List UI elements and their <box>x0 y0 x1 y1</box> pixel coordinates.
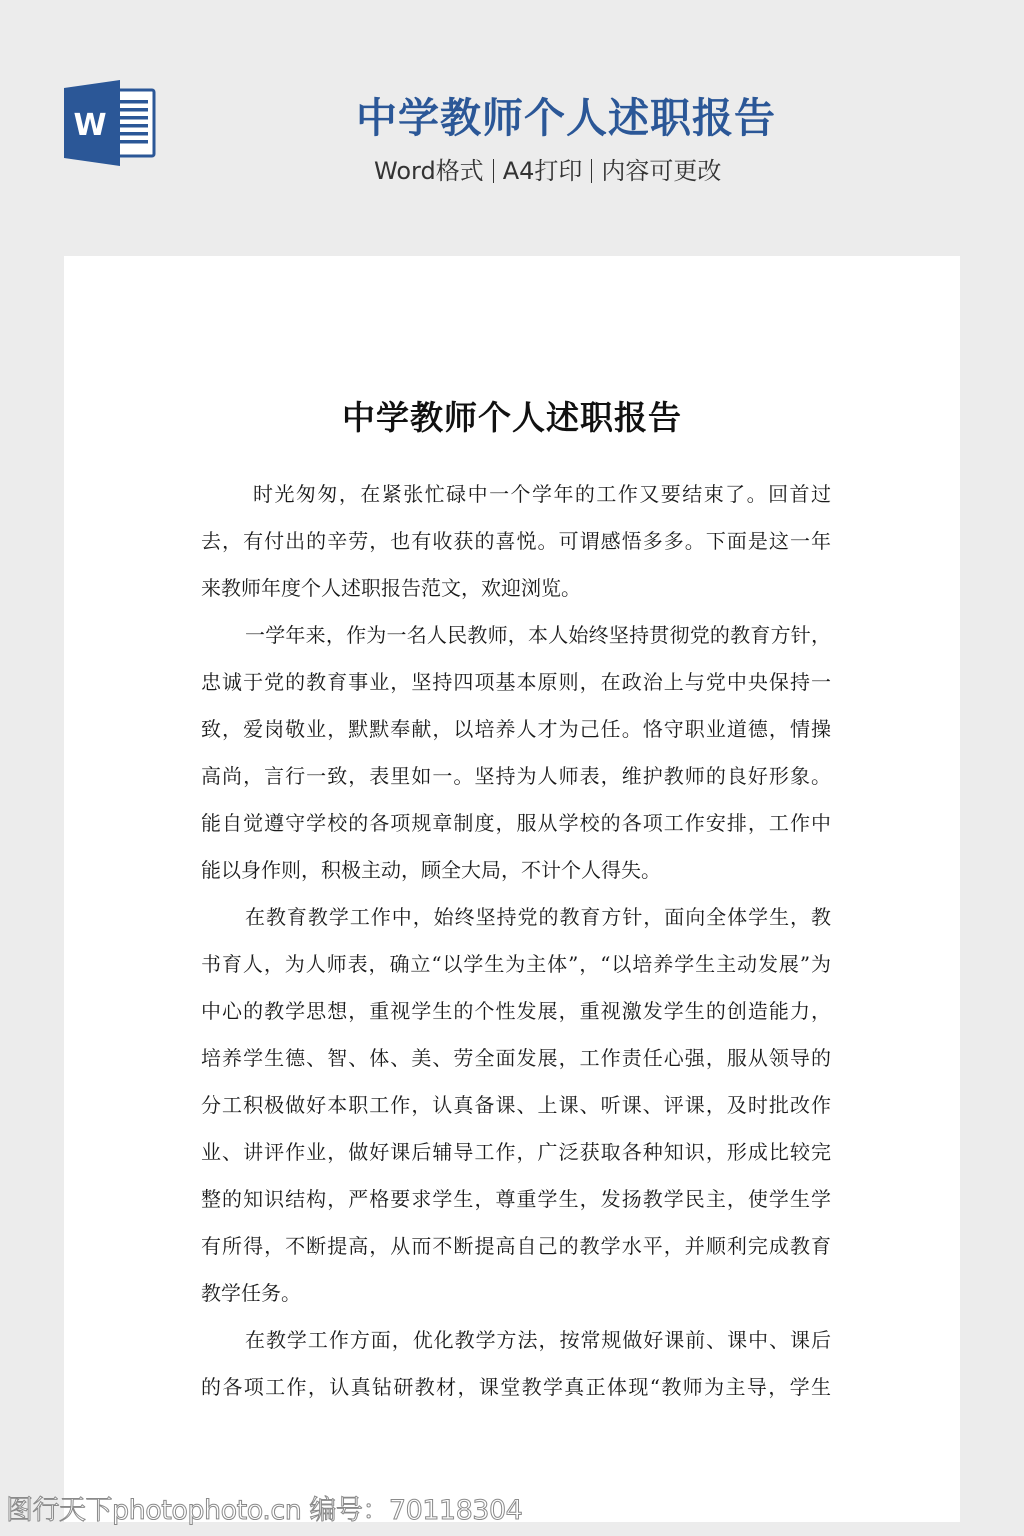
paragraph-line: 能自觉遵守学校的各项规章制度，服从学校的各项工作安排，工作中 <box>201 800 831 847</box>
paragraph-line: 书育人，为人师表，确立“以学生为主体”，“以培养学生主动发展”为 <box>201 941 831 988</box>
document-title: 中学教师个人述职报告 <box>64 396 960 440</box>
paragraph-line: 有所得，不断提高，从而不断提高自己的教学水平，并顺利完成教育 <box>201 1223 831 1270</box>
paragraph-line: 中心的教学思想，重视学生的个性发展，重视激发学生的创造能力， <box>201 988 831 1035</box>
word-document-icon: W <box>64 80 158 166</box>
separator <box>493 159 494 183</box>
paragraph-line: 高尚，言行一致，表里如一。坚持为人师表，维护教师的良好形象。 <box>201 753 831 800</box>
paragraph-line: 忠诚于党的教育事业，坚持四项基本原则，在政治上与党中央保持一 <box>201 659 831 706</box>
paragraph-line: 致，爱岗敬业，默默奉献，以培养人才为己任。恪守职业道德，情操 <box>201 706 831 753</box>
header-subtitle: Word格式A4打印内容可更改 <box>374 154 721 188</box>
paragraph-line: 来教师年度个人述职报告范文，欢迎浏览。 <box>201 565 831 612</box>
subtitle-format: Word格式 <box>374 157 484 185</box>
header-title: 中学教师个人述职报告 <box>356 94 766 142</box>
paragraph-line: 去，有付出的辛劳，也有收获的喜悦。可谓感悟多多。下面是这一年 <box>201 518 831 565</box>
separator <box>591 159 592 183</box>
subtitle-editable: 内容可更改 <box>601 157 721 185</box>
paragraph-line: 的各项工作，认真钻研教材，课堂教学真正体现“教师为主导，学生 <box>201 1364 831 1411</box>
paragraph-line: 一学年来，作为一名人民教师，本人始终坚持贯彻党的教育方针， <box>201 612 831 659</box>
paragraph-line: 业、讲评作业，做好课后辅导工作，广泛获取各种知识，形成比较完 <box>201 1129 831 1176</box>
paragraph-line: 教学任务。 <box>201 1270 831 1317</box>
paragraph-line: 培养学生德、智、体、美、劳全面发展，工作责任心强，服从领导的 <box>201 1035 831 1082</box>
paragraph-line: 整的知识结构，严格要求学生，尊重学生，发扬教学民主，使学生学 <box>201 1176 831 1223</box>
document-body: 时光匆匆，在紧张忙碌中一个学年的工作又要结束了。回首过 去，有付出的辛劳，也有收… <box>201 471 831 1411</box>
paragraph-line: 分工积极做好本职工作，认真备课、上课、听课、评课，及时批改作 <box>201 1082 831 1129</box>
subtitle-print: A4打印 <box>503 157 583 185</box>
watermark: 图行天下photophoto.cn 编号：70118304 <box>6 1494 522 1528</box>
svg-text:W: W <box>73 108 106 143</box>
canvas: W 中学教师个人述职报告 Word格式A4打印内容可更改 中学教师个人述职报告 … <box>0 0 1024 1536</box>
paragraph-line: 在教育教学工作中，始终坚持党的教育方针，面向全体学生，教 <box>201 894 831 941</box>
paragraph-line: 在教学工作方面，优化教学方法，按常规做好课前、课中、课后 <box>201 1317 831 1364</box>
paragraph-line: 能以身作则，积极主动，顾全大局，不计个人得失。 <box>201 847 831 894</box>
document-page: 中学教师个人述职报告 时光匆匆，在紧张忙碌中一个学年的工作又要结束了。回首过 去… <box>64 256 960 1522</box>
paragraph-line: 时光匆匆，在紧张忙碌中一个学年的工作又要结束了。回首过 <box>201 471 831 518</box>
